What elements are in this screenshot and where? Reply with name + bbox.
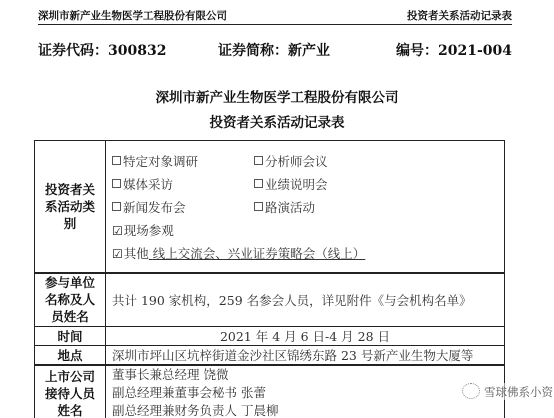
staff-list: 董事长兼总经理 饶微 副总经理兼董事会秘书 张蕾 副总经理兼财务负责人 丁晨柳 [106,365,505,418]
participants-label: 参与单位名称及人员姓名 [35,273,106,327]
location-label: 地点 [35,346,106,366]
row-activity-type: 投资者关系活动类别 特定对象调研 分析师会议 媒体采访 业绩说明会 新闻发布会 … [35,141,505,273]
checkbox-unchecked-icon [112,156,121,165]
checkbox-checked-icon: ☑ [112,224,123,238]
document-title-company: 深圳市新产业生物医学工程股份有限公司 [0,86,554,106]
security-code: 证券代码：300832 [38,40,166,60]
other-detail: 线上交流会、兴业证券策略会（线上） [149,246,366,261]
checkbox-unchecked-icon [112,202,121,211]
checkbox-unchecked-icon [112,179,121,188]
document-number: 编号：2021-004 [396,40,512,60]
header-doc-type: 投资者关系活动记录表 [407,8,512,23]
staff-member: 副总经理兼董事会秘书 张蕾 [112,384,504,402]
time-value: 2021 年 4 月 6 日-4 月 28 日 [106,327,505,346]
wechat-icon [462,383,480,399]
participants-value: 共计 190 家机构，259 名参会人员，详见附件《与会机构名单》 [106,273,505,327]
security-short-name: 证券简称：新产业 [218,40,330,60]
option-press-conference: 新闻发布会 [112,196,186,219]
row-staff: 上市公司接待人员姓名 董事长兼总经理 饶微 副总经理兼董事会秘书 张蕾 副总经理… [35,365,505,418]
option-site-visit: ☑现场参观 [112,219,174,243]
record-table: 投资者关系活动类别 特定对象调研 分析师会议 媒体采访 业绩说明会 新闻发布会 … [34,140,505,418]
checkbox-unchecked-icon [254,156,263,165]
checkbox-unchecked-icon [254,179,263,188]
option-media-interview: 媒体采访 [112,173,173,196]
option-analyst-meeting: 分析师会议 [254,150,328,173]
row-time: 时间 2021 年 4 月 6 日-4 月 28 日 [35,327,505,346]
row-location: 地点 深圳市坪山区坑梓街道金沙社区锦绣东路 23 号新产业生物大厦等 [35,346,505,366]
location-value: 深圳市坪山区坑梓街道金沙社区锦绣东路 23 号新产业生物大厦等 [106,346,505,366]
page-header: 深圳市新产业生物医学工程股份有限公司 投资者关系活动记录表 [38,8,512,25]
time-label: 时间 [35,327,106,346]
header-company: 深圳市新产业生物医学工程股份有限公司 [38,8,227,23]
option-other: ☑其他 线上交流会、兴业证券策略会（线上） [112,242,365,266]
activity-type-label: 投资者关系活动类别 [35,141,106,273]
row-participants: 参与单位名称及人员姓名 共计 190 家机构，259 名参会人员，详见附件《与会… [35,273,505,327]
document-title: 投资者关系活动记录表 [0,111,554,131]
staff-label: 上市公司接待人员姓名 [35,365,106,418]
activity-type-options: 特定对象调研 分析师会议 媒体采访 业绩说明会 新闻发布会 路演活动 ☑现场参观… [106,141,505,273]
staff-member: 副总经理兼财务负责人 丁晨柳 [112,402,504,418]
checkbox-checked-icon: ☑ [112,247,123,261]
option-earnings-briefing: 业绩说明会 [254,173,328,196]
option-specific-research: 特定对象调研 [112,150,198,173]
staff-member: 董事长兼总经理 饶微 [112,366,504,384]
option-roadshow: 路演活动 [254,196,315,219]
document-meta: 证券代码：300832 证券简称：新产业 编号：2021-004 [38,40,512,60]
checkbox-unchecked-icon [254,202,263,211]
watermark: 雪球佛系小资 [462,383,553,400]
